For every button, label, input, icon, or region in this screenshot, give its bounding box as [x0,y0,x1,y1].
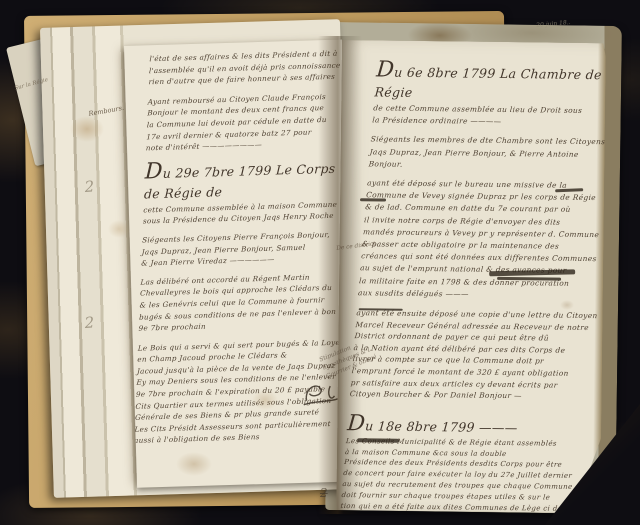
page-edge-numeral: 2 [84,313,95,332]
right-page: Du 6e 8bre 1799 La Chambre de Régie de c… [336,40,606,513]
manuscript-paragraph: Ayant remboursé au Citoyen Claude Franço… [146,90,346,154]
manuscript-paragraph: ayant été déposé sur le bureau une missi… [358,177,602,302]
entry-heading-6-8bre-1799: Du 6e 8bre 1799 La Chambre de Régie [374,60,606,105]
entry-heading-continuation: cette Commune assemblée à la maison Comm… [143,198,342,227]
manuscript-paragraph: Las délibéré ont accordé au Régent Marti… [138,270,338,334]
ink-strikethrough [357,438,399,443]
manuscript-paragraph: ayant été ensuite déposé une copie d'une… [349,307,591,403]
manuscript-paragraph: Siégeants les membres de dte Chambre son… [368,134,605,173]
manuscript-paragraph: Siégeants les Citoyens Pierre François B… [141,229,340,270]
entry-heading-18-8bre-1799: Du 18e 8bre 1799 ——— [346,414,582,439]
entry-heading-continuation: de cette Commune assemblée au lieu de Dr… [372,102,606,129]
paraph-flourish-icon [300,378,341,409]
ink-strikethrough [360,198,386,201]
entry-heading-29-7bre-1799: Du 29e 7bre 1799 Le Corps de Régie de [144,156,344,204]
manuscript-paragraph: l'état de ses affaires & les dits Présid… [148,47,347,88]
left-page: l'état de ses affaires & les dits Présid… [124,40,355,488]
page-edge-numeral: 2 [84,177,95,196]
crossed-numeral: 2 [320,486,328,500]
manuscript-paragraph: Les Conseils Municipalité & de Régie éta… [339,436,580,513]
